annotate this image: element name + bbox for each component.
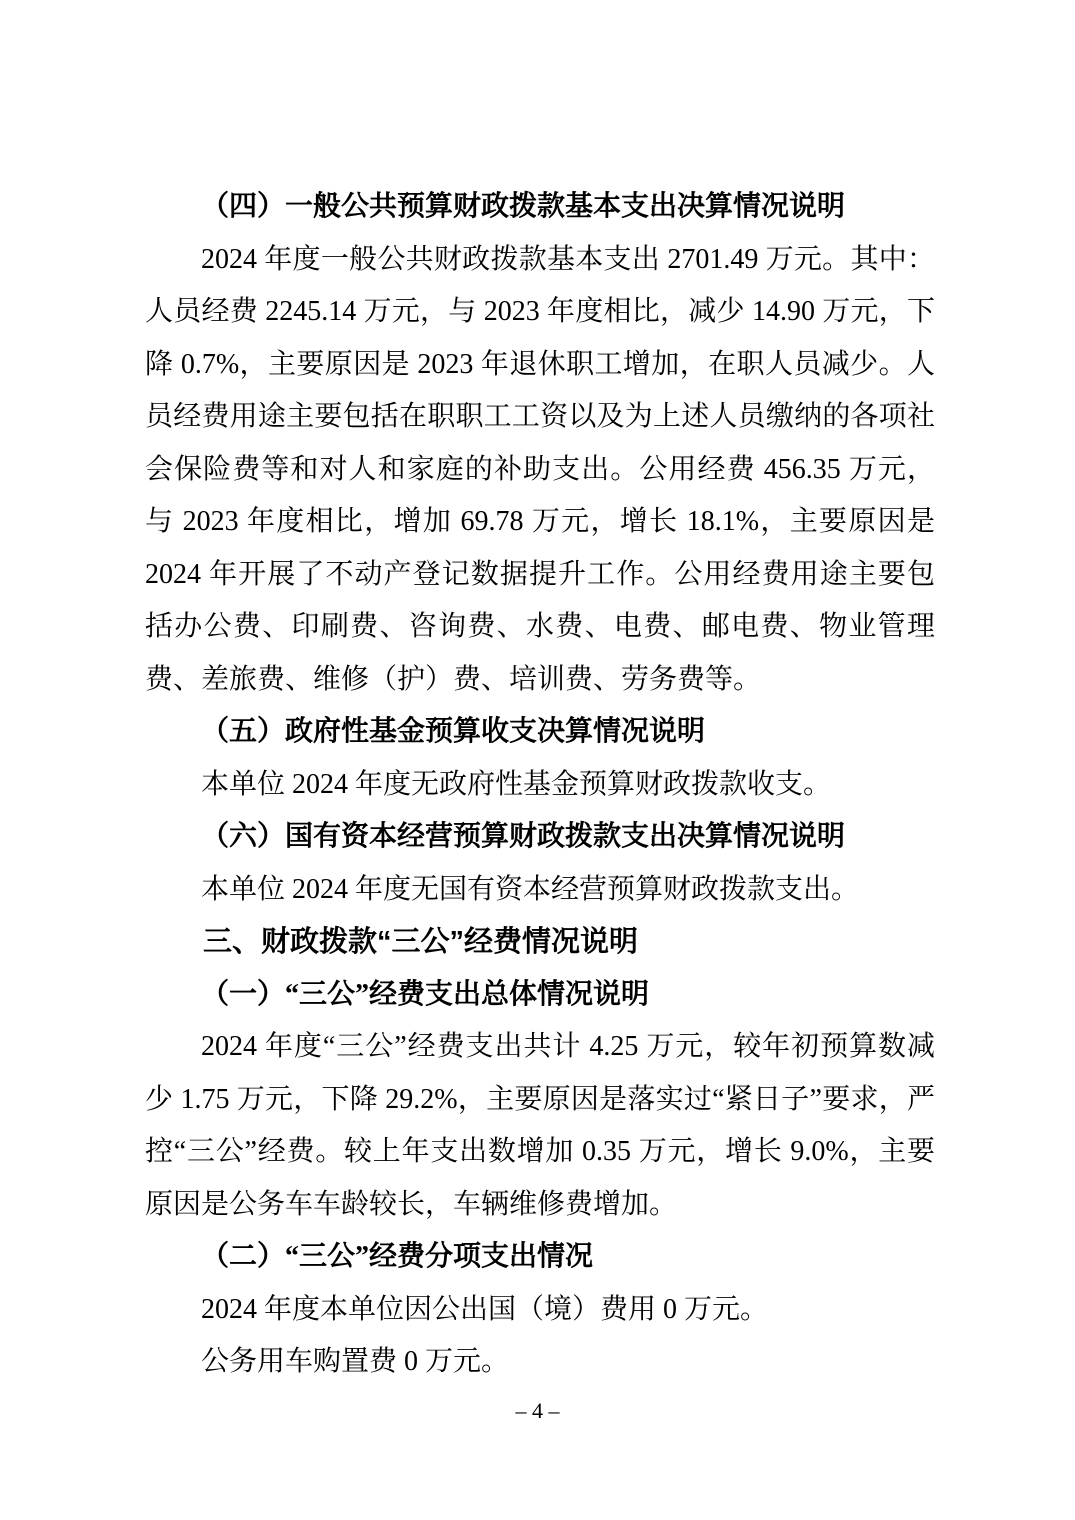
paragraph: 2024 年度一般公共财政拨款基本支出 2701.49 万元。其中：人员经费 2… xyxy=(145,234,935,707)
paragraph: 本单位 2024 年度无政府性基金预算财政拨款收支。 xyxy=(145,759,935,812)
subsection-heading: （二）“三公”经费分项支出情况 xyxy=(145,1231,935,1284)
document-page: （四）一般公共预算财政拨款基本支出决算情况说明2024 年度一般公共财政拨款基本… xyxy=(0,0,1075,1520)
subsection-heading: （五）政府性基金预算收支决算情况说明 xyxy=(145,706,935,759)
page-number: – 4 – xyxy=(0,1396,1075,1426)
paragraph: 公务用车购置费 0 万元。 xyxy=(145,1336,935,1389)
paragraph: 2024 年度“三公”经费支出共计 4.25 万元，较年初预算数减少 1.75 … xyxy=(145,1021,935,1231)
subsection-heading: （一）“三公”经费支出总体情况说明 xyxy=(145,969,935,1022)
paragraph: 2024 年度本单位因公出国（境）费用 0 万元。 xyxy=(145,1284,935,1337)
paragraph: 本单位 2024 年度无国有资本经营预算财政拨款支出。 xyxy=(145,864,935,917)
section-heading: 三、财政拨款“三公”经费情况说明 xyxy=(145,916,935,969)
subsection-heading: （四）一般公共预算财政拨款基本支出决算情况说明 xyxy=(145,181,935,234)
subsection-heading: （六）国有资本经营预算财政拨款支出决算情况说明 xyxy=(145,811,935,864)
document-body: （四）一般公共预算财政拨款基本支出决算情况说明2024 年度一般公共财政拨款基本… xyxy=(145,181,935,1389)
